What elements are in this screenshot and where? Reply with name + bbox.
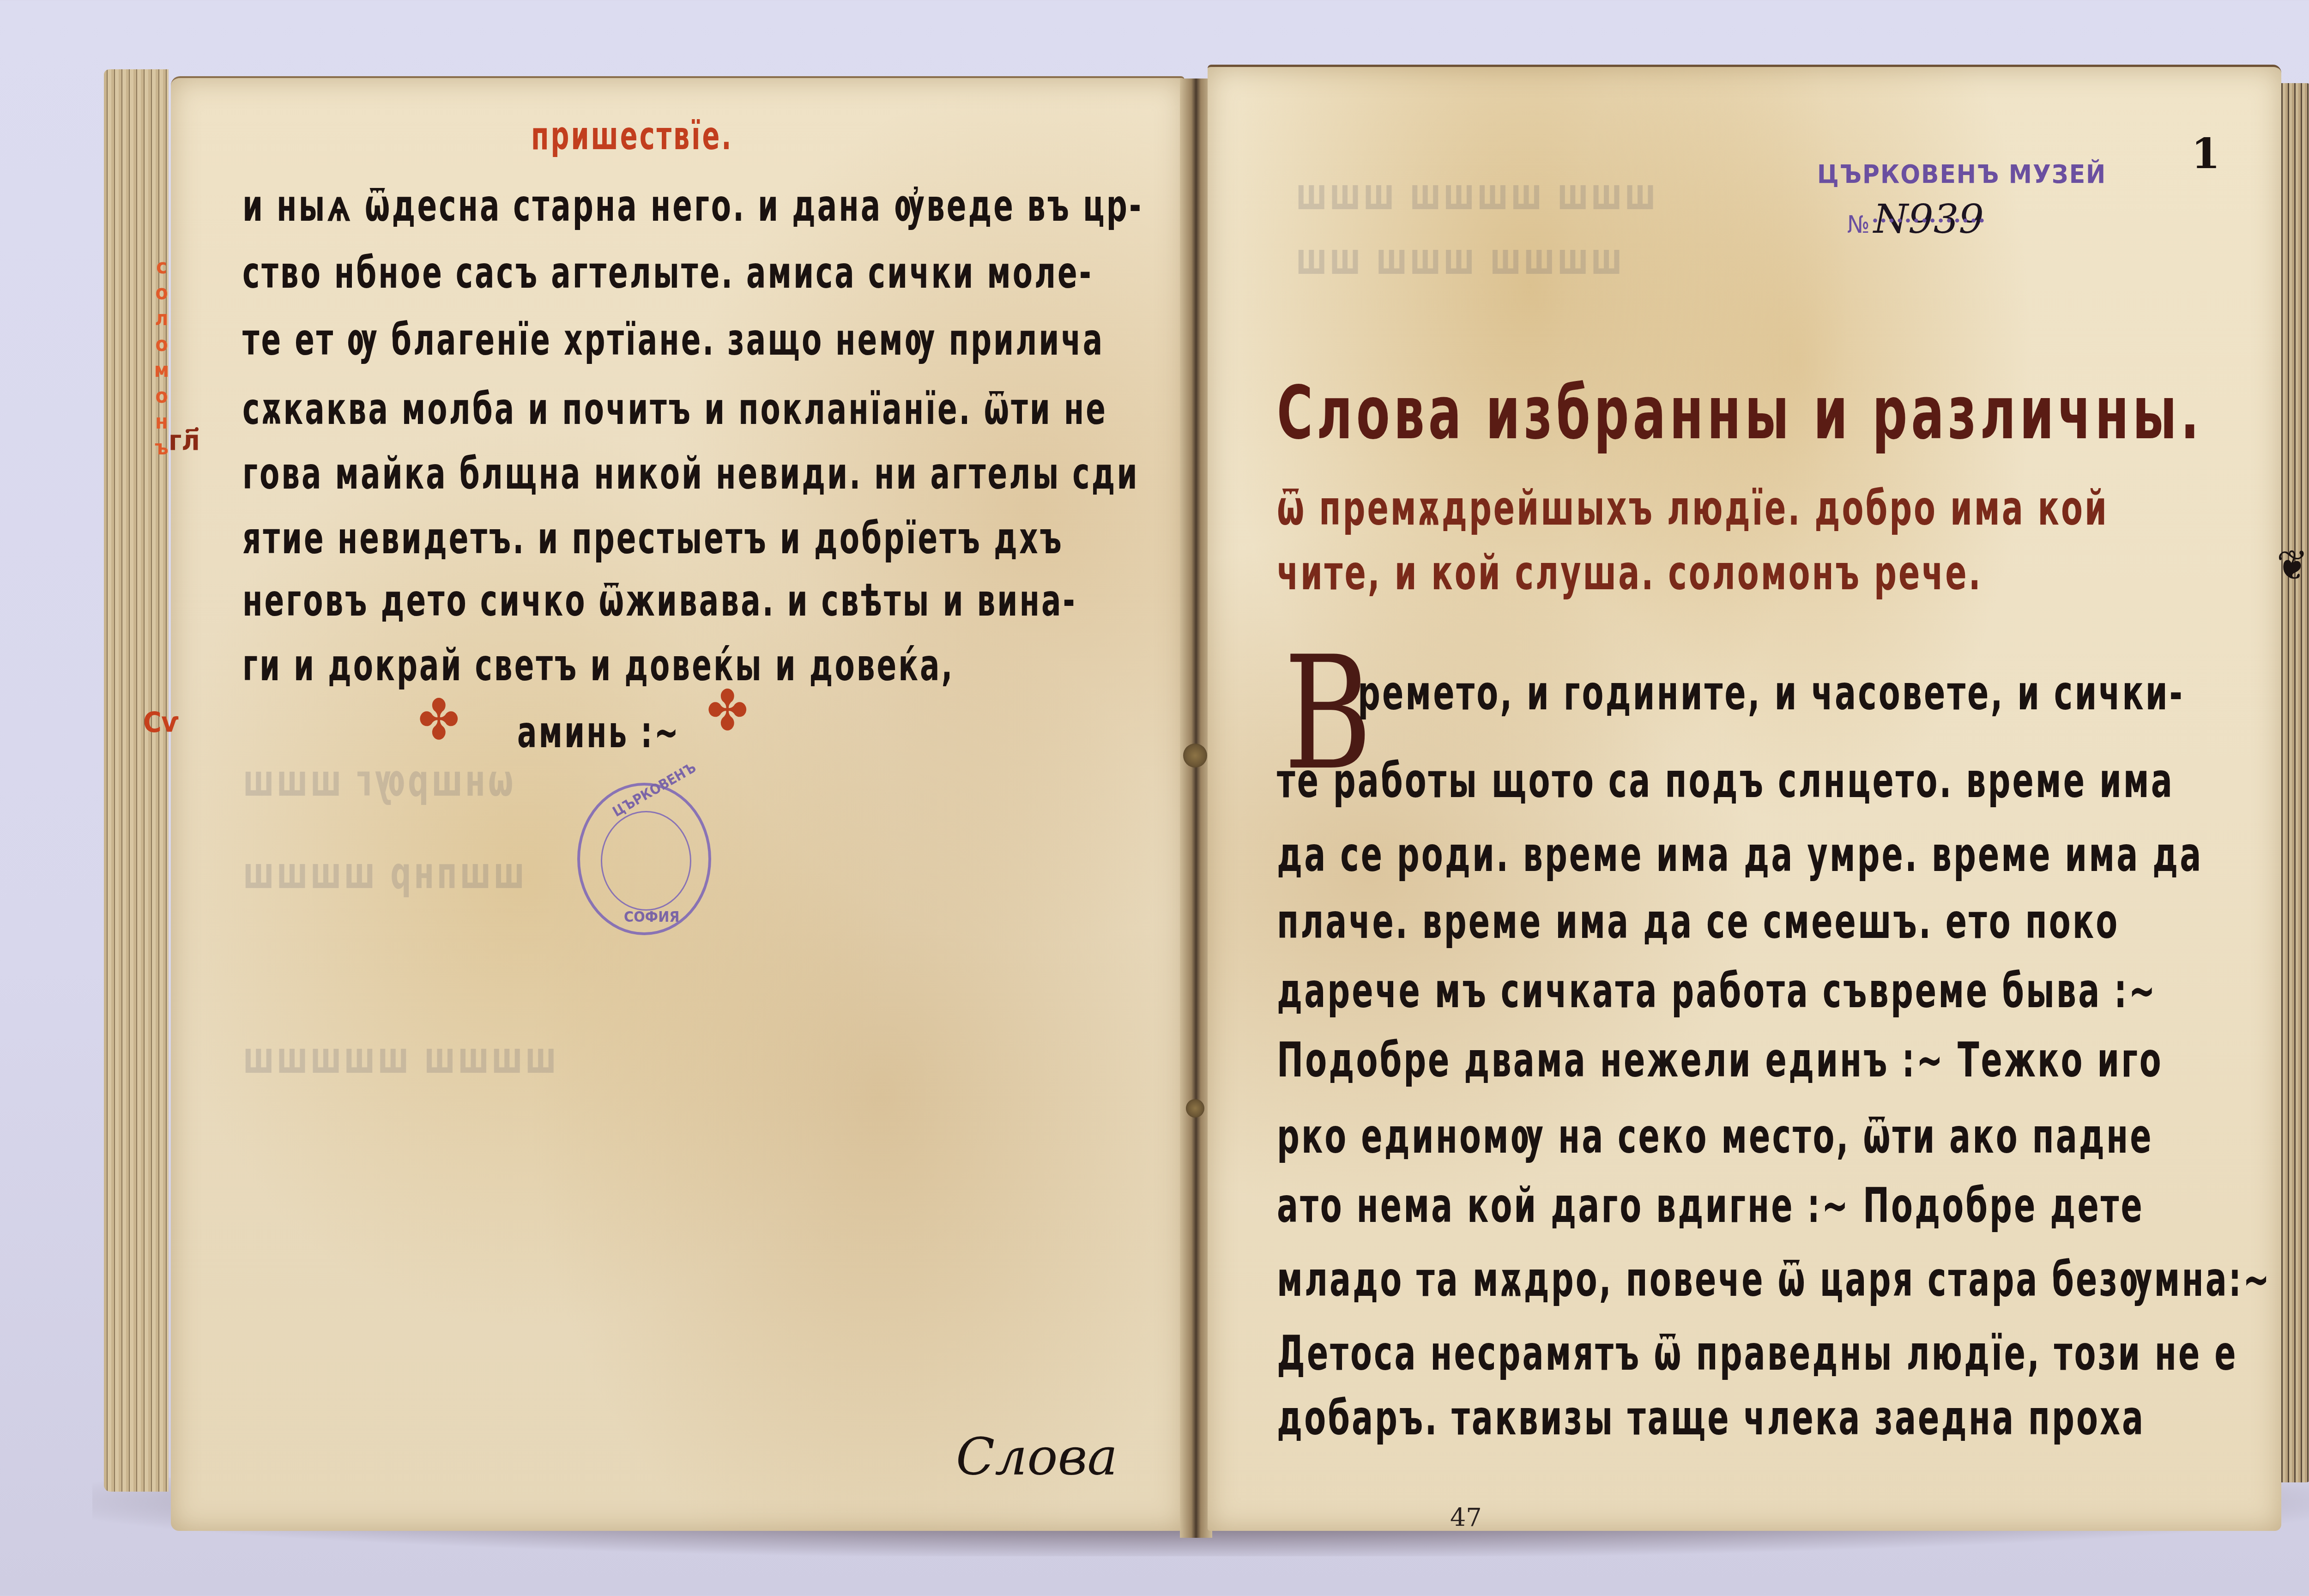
- right-text-line-4: плаче. време има да се смеешъ. ето поко: [1277, 894, 2119, 949]
- left-text-line-3: те ет ѹ благенїе хртїане. защо немѹ прил…: [242, 314, 1104, 365]
- right-text-line-10: Детоса несрамятъ ѿ праведны людїе, този …: [1277, 1325, 2238, 1381]
- binding-stitch: [1183, 744, 1207, 768]
- margin-letter: ъ: [152, 435, 171, 461]
- number-sign: №: [1847, 211, 1870, 239]
- museum-stamp-label: ЦЪРКОВЕНЪ МУЗЕЙ: [1817, 159, 2106, 189]
- page-title: Слова избранны и различны.: [1277, 369, 2203, 455]
- show-through-text: ш͏ш͏п͏н͏р͏ ш͏ш͏ш͏ш͏: [240, 848, 524, 899]
- right-text-line-11: добаръ. таквизы таще члека заедна проха: [1277, 1390, 2145, 1445]
- right-text-line-6: Подобре двама нежели единъ :~ Тежко иго: [1277, 1032, 2163, 1088]
- show-through-text: ш͏ш͏ш͏ ш͏ш͏ш͏ш͏ ш͏ш͏ш͏: [1293, 169, 1656, 220]
- margin-letter: с: [152, 254, 171, 280]
- right-text-line-3: да се роди. време има да умре. време има…: [1277, 827, 2203, 882]
- round-museum-stamp: ЦЪРКОВЕНЪ СОФИЯ: [577, 783, 711, 935]
- left-text-line-2: ство нбное сасъ агтелыте. амиса сички мо…: [242, 247, 1093, 298]
- left-text-line-4: сѫкаква молба и почитъ и покланїанїе. ѿт…: [242, 383, 1107, 435]
- catchword: Слова: [956, 1427, 1118, 1486]
- subtitle-line-1: ѿ премѫдрейшыхъ людїе. добро има кой: [1277, 480, 2109, 536]
- right-text-line-2: те работы щото са подъ слнцето. време им…: [1277, 753, 2174, 808]
- left-text-line-7: неговъ дето сичко ѿживава. и свѣты и вин…: [242, 575, 1077, 626]
- right-text-line-5: дарече мъ сичката работа съвреме быва :~: [1277, 963, 2157, 1018]
- margin-letter: м: [152, 357, 171, 383]
- binding-stitch: [1186, 1099, 1204, 1118]
- right-text-line-9: младо та мѫдро, повече ѿ царя стара безѹ…: [1277, 1251, 2271, 1307]
- show-through-text: ш͏ш͏ш͏ш͏ ш͏ш͏ш͏ш͏ш͏: [240, 1033, 556, 1084]
- left-margin-mark-top: гл҃: [169, 425, 200, 457]
- margin-letter: о: [152, 280, 171, 306]
- ink-flourish: ❦: [2277, 545, 2308, 586]
- stacked-page-edges-right: [2279, 83, 2309, 1482]
- floral-ornament-right: ✤: [707, 683, 748, 739]
- left-margin-mark-bottom: Сѵ: [143, 707, 179, 739]
- floral-ornament-left: ✤: [418, 693, 459, 748]
- margin-letter: о: [152, 332, 171, 357]
- right-text-line-7: рко единомѹ на секо место, ѿти ако падне: [1277, 1108, 2153, 1164]
- margin-letter: л: [152, 306, 171, 332]
- left-header-rubric: пришествїе.: [531, 113, 733, 159]
- left-text-line-8: ги и докрай светъ и довеќы и довеќа,: [242, 640, 954, 691]
- right-text-line-1: ремето, и годините, и часовете, и сички-: [1358, 665, 2184, 720]
- left-text-line-5: гова майка блщна никой невиди. ни агтелы…: [242, 448, 1139, 499]
- left-margin-vertical-note: с о л о м о н ъ: [152, 254, 171, 461]
- right-text-line-8: ато нема кой даго вдигне :~ Подобре дете: [1277, 1178, 2144, 1233]
- show-through-text: ѡ͏н͏ш͏р͏ѹ͏г͏ ш͏ш͏ш͏: [240, 756, 513, 807]
- show-through-text: ш͏ш͏ш͏ш͏ ш͏ш͏ш͏ ш͏ш͏: [1293, 234, 1622, 285]
- stamp-text-bottom: СОФИЯ: [624, 908, 679, 925]
- margin-letter: н: [152, 409, 171, 435]
- left-text-line-1: и ныѧ ѿдесна старна него. и дана ѹ҆веде …: [242, 180, 1143, 231]
- left-text-line-6: ятие невидетъ. и престыетъ и добрїетъ дх…: [242, 513, 1064, 564]
- stamp-inner-ring: [601, 811, 691, 911]
- subtitle-line-2: чите, и кой слуша. соломонъ рече.: [1277, 545, 1983, 600]
- page-number: 1: [2191, 129, 2220, 178]
- bottom-folio-number: 47: [1450, 1503, 1482, 1532]
- left-closing-amen: аминь :~: [517, 707, 680, 758]
- margin-letter: о: [152, 383, 171, 409]
- museum-stamp-number: №N939: [1847, 196, 1984, 242]
- inventory-number: N939: [1874, 196, 1984, 242]
